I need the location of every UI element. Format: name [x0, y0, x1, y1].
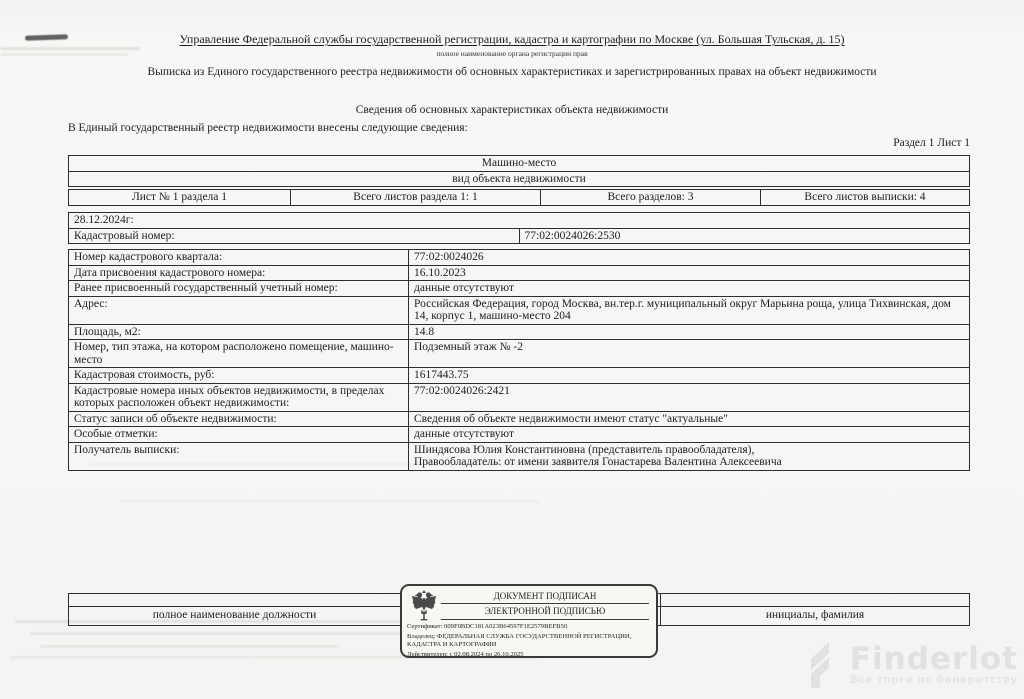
section-title: Сведения об основных характеристиках объ…: [0, 104, 1024, 116]
table-row: Дата присвоения кадастрового номера:16.1…: [69, 265, 970, 281]
authority-caption: полное наименование органа регистрации п…: [0, 49, 1024, 58]
field-value: 77:02:0024026:2530: [519, 228, 970, 244]
finderlot-watermark: Finderlot Все торги по банкротству: [803, 639, 1018, 691]
field-label: Кадастровый номер:: [69, 228, 520, 244]
field-label: Адрес:: [69, 296, 409, 324]
field-value: 16.10.2023: [409, 265, 970, 281]
table-row: Площадь, м2:14.8: [69, 324, 970, 340]
stamp-certificate: Сертификат: 009F0BDC181A023B64597F1E2579…: [407, 623, 649, 632]
table-row: Ранее присвоенный государственный учетны…: [69, 281, 970, 297]
table-row: Номер кадастрового квартала:77:02:002402…: [69, 250, 970, 266]
object-type-caption: вид объекта недвижимости: [69, 171, 970, 187]
field-value: 77:02:0024026: [409, 250, 970, 266]
watermark-tagline: Все торги по банкротству: [850, 674, 1018, 686]
extract-date: 28.12.2024г:: [69, 213, 970, 229]
sheets-in-section-cell: Всего листов раздела 1: 1: [291, 190, 541, 206]
total-sections-cell: Всего разделов: 3: [541, 190, 761, 206]
field-label: Особые отметки:: [69, 427, 409, 443]
scanned-egrn-extract-page: Управление Федеральной службы государств…: [0, 0, 1024, 699]
field-label: Получатель выписки:: [69, 442, 409, 470]
field-label: Дата присвоения кадастрового номера:: [69, 265, 409, 281]
field-value: Подземный этаж № -2: [409, 340, 970, 368]
field-label: Кадастровая стоимость, руб:: [69, 368, 409, 384]
stamp-line1: ДОКУМЕНТ ПОДПИСАН: [441, 588, 649, 604]
table-row: Адрес:Российская Федерация, город Москва…: [69, 296, 970, 324]
stamp-owner: Владелец: ФЕДЕРАЛЬНАЯ СЛУЖБА ГОСУДАРСТВЕ…: [407, 633, 649, 650]
scan-bleed-line: [40, 645, 340, 648]
field-value: 77:02:0024026:2421: [409, 383, 970, 411]
field-value: Российская Федерация, город Москва, вн.т…: [409, 296, 970, 324]
rosreestr-eagle-icon: [407, 588, 441, 621]
field-label: Кадастровые номера иных объектов недвижи…: [69, 383, 409, 411]
table-row: Получатель выписки:Шиндясова Юлия Конста…: [69, 442, 970, 470]
finderlot-logo-icon: [803, 639, 845, 691]
object-type-table: Машино-место вид объекта недвижимости: [68, 155, 970, 187]
object-details-table: Номер кадастрового квартала:77:02:002402…: [68, 249, 970, 471]
total-sheets-cell: Всего листов выписки: 4: [761, 190, 970, 206]
section-page-reference: Раздел 1 Лист 1: [893, 137, 970, 149]
sheet-number-cell: Лист № 1 раздела 1: [69, 190, 291, 206]
field-value: данные отсутствуют: [409, 427, 970, 443]
date-cadastral-table: 28.12.2024г: Кадастровый номер: 77:02:00…: [68, 212, 970, 244]
intro-line: В Единый государственный реестр недвижим…: [68, 122, 468, 134]
scan-bleed-line: [120, 500, 540, 503]
field-label: Площадь, м2:: [69, 324, 409, 340]
digital-signature-stamp: ДОКУМЕНТ ПОДПИСАН ЭЛЕКТРОННОЙ ПОДПИСЬЮ С…: [400, 584, 658, 658]
table-row: Статус записи об объекте недвижимости:Св…: [69, 411, 970, 427]
table-row: Номер, тип этажа, на котором расположено…: [69, 340, 970, 368]
field-label: Номер, тип этажа, на котором расположено…: [69, 340, 409, 368]
registration-authority-title: Управление Федеральной службы государств…: [0, 32, 1024, 47]
stamp-line2: ЭЛЕКТРОННОЙ ПОДПИСЬЮ: [441, 604, 649, 620]
field-value: данные отсутствуют: [409, 281, 970, 297]
field-value: 14.8: [409, 324, 970, 340]
table-row: Особые отметки:данные отсутствуют: [69, 427, 970, 443]
position-name-label: полное наименование должности: [69, 607, 401, 626]
field-value: Сведения об объекте недвижимости имеют с…: [409, 411, 970, 427]
document-title: Выписка из Единого государственного реес…: [0, 66, 1024, 78]
field-label: Ранее присвоенный государственный учетны…: [69, 281, 409, 297]
object-type-value: Машино-место: [69, 156, 970, 172]
initials-surname-label: инициалы, фамилия: [661, 607, 970, 626]
stamp-validity: Действителен: с 02.08.2024 по 26.10.2025: [407, 651, 649, 660]
watermark-brand: Finderlot: [850, 644, 1018, 674]
table-row: Кадастровые номера иных объектов недвижи…: [69, 383, 970, 411]
field-label: Статус записи об объекте недвижимости:: [69, 411, 409, 427]
sheets-summary-table: Лист № 1 раздела 1 Всего листов раздела …: [68, 189, 970, 206]
field-value: 1617443.75: [409, 368, 970, 384]
field-value: Шиндясова Юлия Константиновна (представи…: [409, 442, 970, 470]
table-row: Кадастровая стоимость, руб:1617443.75: [69, 368, 970, 384]
field-label: Номер кадастрового квартала:: [69, 250, 409, 266]
